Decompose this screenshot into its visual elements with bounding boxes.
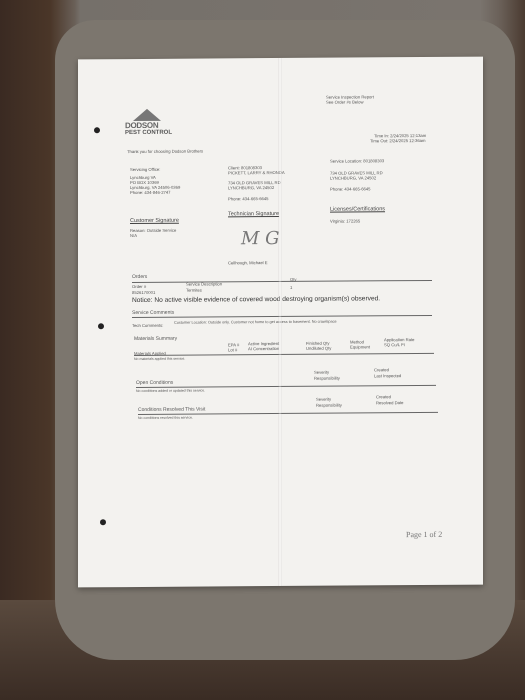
resolved-conditions-heading: Conditions Resolved This Visit <box>138 408 205 413</box>
licenses-heading: Licenses/Certifications <box>330 206 385 212</box>
open-conditions-heading: Open Conditions <box>136 381 173 386</box>
service-comments-heading: Service Comments <box>132 311 174 316</box>
open-cond-col: Severity <box>314 370 329 375</box>
order-qty: 1 <box>290 285 292 290</box>
order-number: 8526170001 <box>132 290 155 295</box>
materials-col: Lot # <box>228 347 237 352</box>
logo-text: DODSON <box>125 121 172 130</box>
tech-comments-label: Tech Comments: <box>132 323 163 328</box>
service-location-id: Service Location: 801808303 <box>330 158 384 163</box>
orders-heading: Orders <box>132 275 147 280</box>
notice: Notice: No active visible evidence of co… <box>132 295 380 304</box>
resolved-cond-col: Responsibility <box>316 403 342 408</box>
open-cond-col: Responsibility <box>314 376 340 381</box>
materials-heading: Materials Summary <box>134 337 177 342</box>
technician-signature-heading: Technician Signature <box>228 211 279 217</box>
office-line: Phone: 434-846-2747 <box>130 190 171 195</box>
logo-subtext: PEST CONTROL <box>125 130 172 136</box>
punch-hole <box>94 127 100 133</box>
divider <box>136 385 436 388</box>
license-value: Virginia: 172265 <box>330 218 360 223</box>
order-description: Termites <box>186 288 202 293</box>
materials-col: Equipment <box>350 344 370 349</box>
materials-col: Undiluted Qty <box>306 346 331 351</box>
client-name: PICKETT, LARRY & RHONDA <box>228 170 285 175</box>
office-label: Servicing Office: <box>130 167 160 172</box>
logo-triangle-icon <box>133 109 161 121</box>
service-location-phone: Phone: 434-665-6645 <box>330 186 371 191</box>
orders-order-header: Order # <box>132 284 146 289</box>
divider <box>134 353 434 356</box>
materials-col: SQ Cu/L Ft <box>384 342 405 347</box>
service-location-city: LYNCHBURG, VA 24502 <box>330 175 376 180</box>
inspection-report-page: DODSON PEST CONTROL Thank you for choosi… <box>78 57 483 588</box>
punch-hole <box>100 519 106 525</box>
company-logo: DODSON PEST CONTROL <box>125 109 172 136</box>
signature-value: N/A <box>130 233 137 238</box>
client-phone: Phone: 434-665-6645 <box>228 196 269 201</box>
materials-empty: No materials applied this service. <box>134 357 185 362</box>
tagline: Thank you for choosing Dodson Brothers <box>127 149 203 155</box>
resolved-cond-col: Severity <box>316 397 331 402</box>
orders-desc-header: Service Description <box>186 281 222 286</box>
customer-signature-heading: Customer Signature <box>130 218 179 224</box>
open-conditions-empty: No conditions added or updated this serv… <box>136 389 205 394</box>
tech-comments: Customer Location: Outside only. Custome… <box>174 320 337 326</box>
materials-col: AI Concentration <box>248 346 279 351</box>
resolved-conditions-empty: No conditions resolved this service. <box>138 416 193 421</box>
divider <box>132 280 432 283</box>
open-cond-col: Created <box>374 367 389 372</box>
resolved-cond-col: Created <box>376 394 391 399</box>
time-out: Time Out: 2/24/2025 12:36am <box>370 138 425 143</box>
punch-hole <box>98 323 104 329</box>
technician-name: Cellhough, Michael E <box>228 260 268 265</box>
resolved-cond-col: Resolved Date <box>376 400 403 405</box>
open-cond-col: Last Inspected <box>374 373 401 378</box>
page-number: Page 1 of 2 <box>406 530 442 539</box>
client-city: LYNCHBURG, VA 24502 <box>228 185 274 190</box>
technician-signature: M G <box>241 228 280 249</box>
report-subtitle: See Order #s Below <box>326 99 363 104</box>
divider <box>132 315 432 318</box>
